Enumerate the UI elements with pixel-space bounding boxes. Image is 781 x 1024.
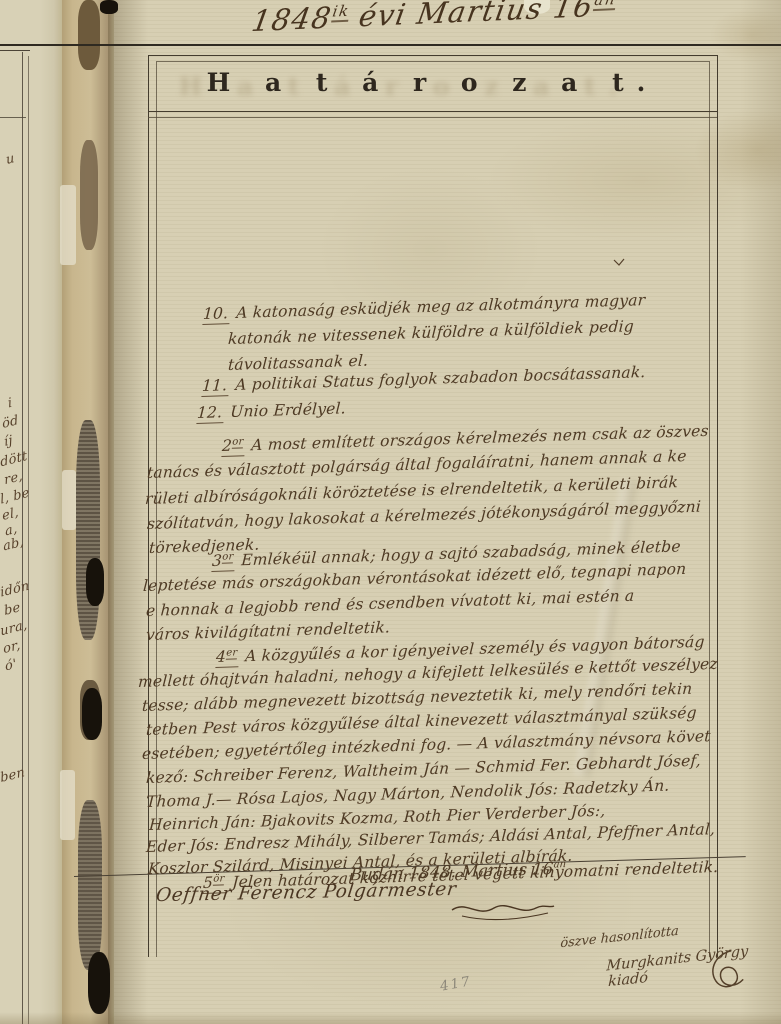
document-title: H a t á r o z a t. [148, 68, 717, 97]
ink-mark [613, 258, 625, 267]
repair-tape [62, 470, 76, 530]
verification-flourish [697, 945, 751, 999]
header-separator-rule [148, 117, 717, 118]
binding-tatter [76, 420, 100, 640]
repair-tape [60, 185, 76, 265]
binding-tatter [78, 800, 102, 970]
signature-flourish [448, 898, 558, 922]
margin-fragment: ó' [4, 657, 18, 675]
header-separator-rule [148, 111, 717, 112]
previous-page-border-line [28, 56, 29, 1024]
binding-hole [86, 558, 104, 606]
binding-tatter [78, 0, 100, 70]
repair-tape [60, 770, 75, 840]
binding-hole [100, 0, 118, 14]
binding-hole [88, 952, 110, 1014]
previous-page-top-rule [0, 50, 30, 51]
binding-hole [82, 688, 102, 740]
handwritten-line: távolitassanak el. [227, 351, 368, 373]
top-rule [0, 44, 781, 46]
gutter-shadow [108, 0, 148, 1024]
binding-tatter [80, 140, 98, 250]
margin-fragment: íj [3, 433, 14, 450]
scanned-document-page: { "doc": { "header_date": { "p1": "1848"… [0, 0, 781, 1024]
page-bottom-edge [0, 1012, 781, 1024]
